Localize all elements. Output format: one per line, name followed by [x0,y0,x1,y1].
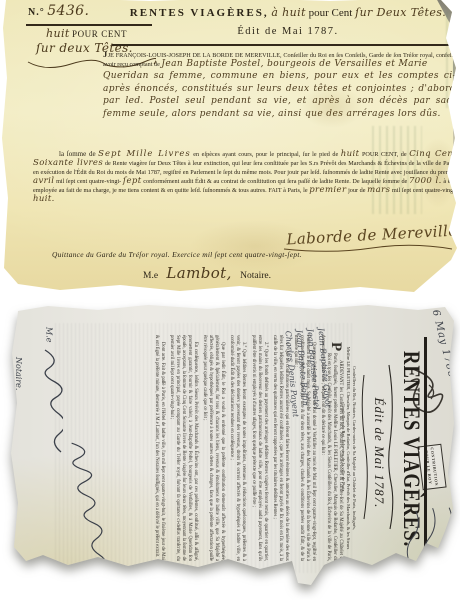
rate-script: huit [46,27,70,40]
document-number: N.° 5436. [28,3,89,19]
ink-showthrough [446,12,455,108]
paragraph: 3.° Que leſdites Rentes ſeront exemptes … [229,335,247,561]
para1-script-intro: Jean Baptiste Postel, bourgeois de Versa… [161,59,427,69]
paragraph: Dont acte. Fait & paſſé à Paris, en l'Hô… [153,335,165,561]
paper-edge-shadow [453,0,460,203]
contract-paper: 6 May 1788 CONTRIBUTION POUR LE ROY RENT… [8,303,455,590]
form-f: avril [33,176,54,186]
notary-prefix: M.e [44,327,53,342]
contract-page: 6 May 1788 CONTRIBUTION POUR LE ROY RENT… [8,303,455,590]
swash-rule [360,373,369,523]
form-o: mil ſept cent quatre-vingt- [392,187,457,194]
notary-title: Notaire. [240,271,271,281]
form-h: ſept [123,176,142,186]
document-title: RENTES VIAGÈRES, à huit pour Cent ſur De… [118,6,458,19]
form-a: en eſpèces ayant cours, pour le principa… [193,151,338,158]
form-j: 7000 l. [409,176,442,186]
notary-name: Lambot, [166,264,231,282]
sum-value: Sept Mille Livres [98,149,191,159]
sum-label: la ſomme de [59,150,96,158]
body-paragraph-1-script: Queridan sa femme, commune en biens, pou… [103,70,456,120]
form-g: mil ſept cent quatre-vingt- [56,178,121,185]
form-c: POUR CENT, de [362,151,407,158]
title-print: RENTES VIAGÈRES, [130,7,269,19]
paragraph: 2.° Que les fonds deſtinés au payement d… [250,335,268,561]
title-script1: à huit [271,6,306,19]
footer-line: Quittance du Garde du Tréſor royal. Exer… [52,250,302,259]
form-b: huit [341,149,360,159]
contract-document-rotated: 6 May 1788 CONTRIBUTION POUR LE ROY RENT… [8,303,455,590]
form-i: conformément audit Édit & au contrat de … [143,178,407,185]
rate-line: huit POUR CENT [46,27,127,40]
notary-title: Notaire. [14,357,23,456]
rule [112,44,458,46]
quittance-document: N.° 5436. huit POUR CENT ſur deux Têtes.… [0,0,460,298]
title-print2: pour Cent [309,7,353,19]
notary-docket: M.e Notaire. [14,327,63,456]
notary-signature-scrawl [37,346,63,456]
drop-cap: P [330,335,343,353]
photograph-of-documents: N.° 5436. huit POUR CENT ſur deux Têtes.… [0,0,460,600]
document-subtitle: Édit de Mai 1787. [118,26,458,37]
paragraph: En conſéquence, leſdits Sieurs Prévôt de… [168,335,198,561]
form-p: huit. [33,194,55,204]
paragraph: Que par ledit Édit, le Roi a voulu & ord… [201,335,225,561]
paper-stain [300,86,364,128]
number-value: 5436. [47,3,89,19]
header-line1: Conſeillers du Roi, Notaires, Gardes-not… [351,337,357,559]
form-m: jour de [348,187,365,194]
title-script2: ſur Deux Têtes. [355,6,446,19]
sum-paragraph: la ſomme de Sept Mille Livres en eſpèces… [33,150,457,204]
body-paragraph-1: JJE FRANÇOIS-LOUIS-JOSEPH DE LA BORDE DE… [103,50,456,69]
form-n: mars [367,185,390,195]
corner-scrawls [384,494,460,595]
contract-subtitle: Édit de Mai 1787. [371,363,387,543]
number-label: N.° [28,7,45,18]
signature-flourish [282,244,458,254]
notary-line: M.e Lambot, Notaire. [143,264,271,282]
form-l: premier [309,185,346,195]
notary-prefix: M.e [143,271,158,281]
